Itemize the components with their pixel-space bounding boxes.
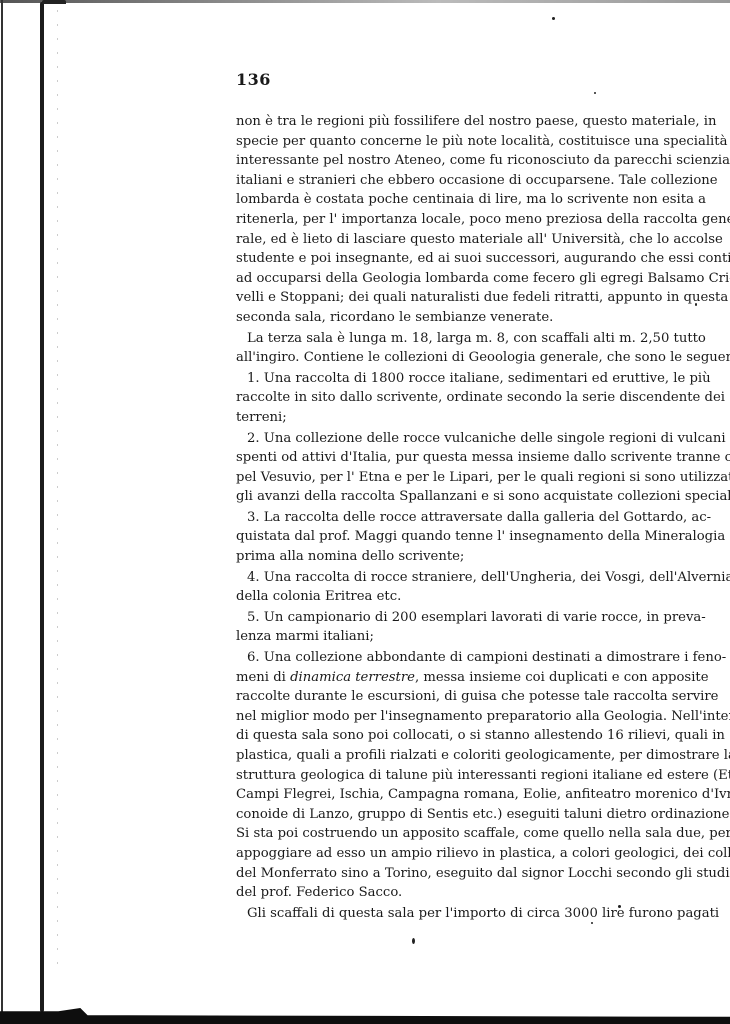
text-line: ritenerla, per l' importanza locale, poc…: [236, 210, 676, 230]
text-line: plastica, quali a profili rialzati e col…: [236, 746, 676, 766]
text-line: struttura geologica di talune più intere…: [236, 766, 676, 786]
text-line: raccolte durante le escursioni, di guisa…: [236, 687, 676, 707]
text-line: gli avanzi della raccolta Spallanzani e …: [236, 487, 676, 507]
text-line: raccolte in sito dallo scrivente, ordina…: [236, 388, 676, 408]
paragraph: La terza sala è lunga m. 18, larga m. 8,…: [236, 329, 676, 368]
text-line: del Monferrato sino a Torino, eseguito d…: [236, 864, 676, 884]
page-number: 136: [236, 70, 271, 89]
text-line: interessante pel nostro Ateneo, come fu …: [236, 151, 676, 171]
italic-term: dinamica terrestre: [290, 670, 415, 685]
text-line: del prof. Federico Sacco.: [236, 883, 676, 903]
text-line: della colonia Eritrea etc.: [236, 587, 676, 607]
text-line: nel miglior modo per l'insegnamento prep…: [236, 707, 676, 727]
paragraph: 4. Una raccolta di rocce straniere, dell…: [236, 568, 676, 607]
text-line: appoggiare ad esso un ampio rilievo in p…: [236, 844, 676, 864]
page-binding-margin-line: [40, 2, 44, 1012]
paragraph: Gli scaffali di questa sala per l'import…: [236, 904, 676, 924]
text-line: 6. Una collezione abbondante di campioni…: [236, 648, 676, 668]
text-line: conoide di Lanzo, gruppo di Sentis etc.)…: [236, 805, 676, 825]
paragraph: non è tra le regioni più fossilifere del…: [236, 112, 676, 328]
text-line: La terza sala è lunga m. 18, larga m. 8,…: [236, 329, 676, 349]
text-line: rale, ed è lieto di lasciare questo mate…: [236, 230, 676, 250]
scan-top-edge: [0, 0, 730, 3]
text-line: meni di dinamica terrestre, messa insiem…: [236, 668, 676, 688]
text-line: Campi Flegrei, Ischia, Campagna romana, …: [236, 785, 676, 805]
scan-dot: [594, 92, 596, 94]
text-line: 1. Una raccolta di 1800 rocce italiane, …: [236, 369, 676, 389]
text-line: 4. Una raccolta di rocce straniere, dell…: [236, 568, 676, 588]
body-text: non è tra le regioni più fossilifere del…: [236, 112, 676, 923]
scan-speckle: [57, 10, 58, 970]
scan-dot: [552, 17, 555, 20]
scan-dot: [412, 938, 415, 944]
text-line: 3. La raccolta delle rocce attraversate …: [236, 508, 676, 528]
text-line: spenti od attivi d'Italia, pur questa me…: [236, 448, 676, 468]
text-line: lombarda è costata poche centinaia di li…: [236, 190, 676, 210]
text-line: seconda sala, ricordano le sembianze ven…: [236, 308, 676, 328]
text-line: prima alla nomina dello scrivente;: [236, 547, 676, 567]
text-line: Si sta poi costruendo un apposito scaffa…: [236, 824, 676, 844]
text-line: velli e Stoppani; dei quali naturalisti …: [236, 288, 676, 308]
scan-left-edge: [1, 0, 3, 1024]
text-line: 2. Una collezione delle rocce vulcaniche…: [236, 429, 676, 449]
text-line: quistata dal prof. Maggi quando tenne l'…: [236, 527, 676, 547]
scan-bottom-edge: [0, 1008, 730, 1024]
text-line: Gli scaffali di questa sala per l'import…: [236, 904, 676, 924]
text-line: studente e poi insegnante, ed ai suoi su…: [236, 249, 676, 269]
text-line: di questa sala sono poi collocati, o si …: [236, 726, 676, 746]
text-line: non è tra le regioni più fossilifere del…: [236, 112, 676, 132]
paragraph: 2. Una collezione delle rocce vulcaniche…: [236, 429, 676, 507]
text-line: all'ingiro. Contiene le collezioni di Ge…: [236, 348, 676, 368]
page-binding-corner: [42, 0, 66, 4]
paragraph: 5. Un campionario di 200 esemplari lavor…: [236, 608, 676, 647]
paragraph: 3. La raccolta delle rocce attraversate …: [236, 508, 676, 567]
text-line: italiani e stranieri che ebbero occasion…: [236, 171, 676, 191]
text-line: pel Vesuvio, per l' Etna e per le Lipari…: [236, 468, 676, 488]
paragraph: 1. Una raccolta di 1800 rocce italiane, …: [236, 369, 676, 428]
text-line: 5. Un campionario di 200 esemplari lavor…: [236, 608, 676, 628]
text-line: lenza marmi italiani;: [236, 627, 676, 647]
text-line: ad occuparsi della Geologia lombarda com…: [236, 269, 676, 289]
text-line: specie per quanto concerne le più note l…: [236, 132, 676, 152]
text-line: terreni;: [236, 408, 676, 428]
paragraph: 6. Una collezione abbondante di campioni…: [236, 648, 676, 903]
